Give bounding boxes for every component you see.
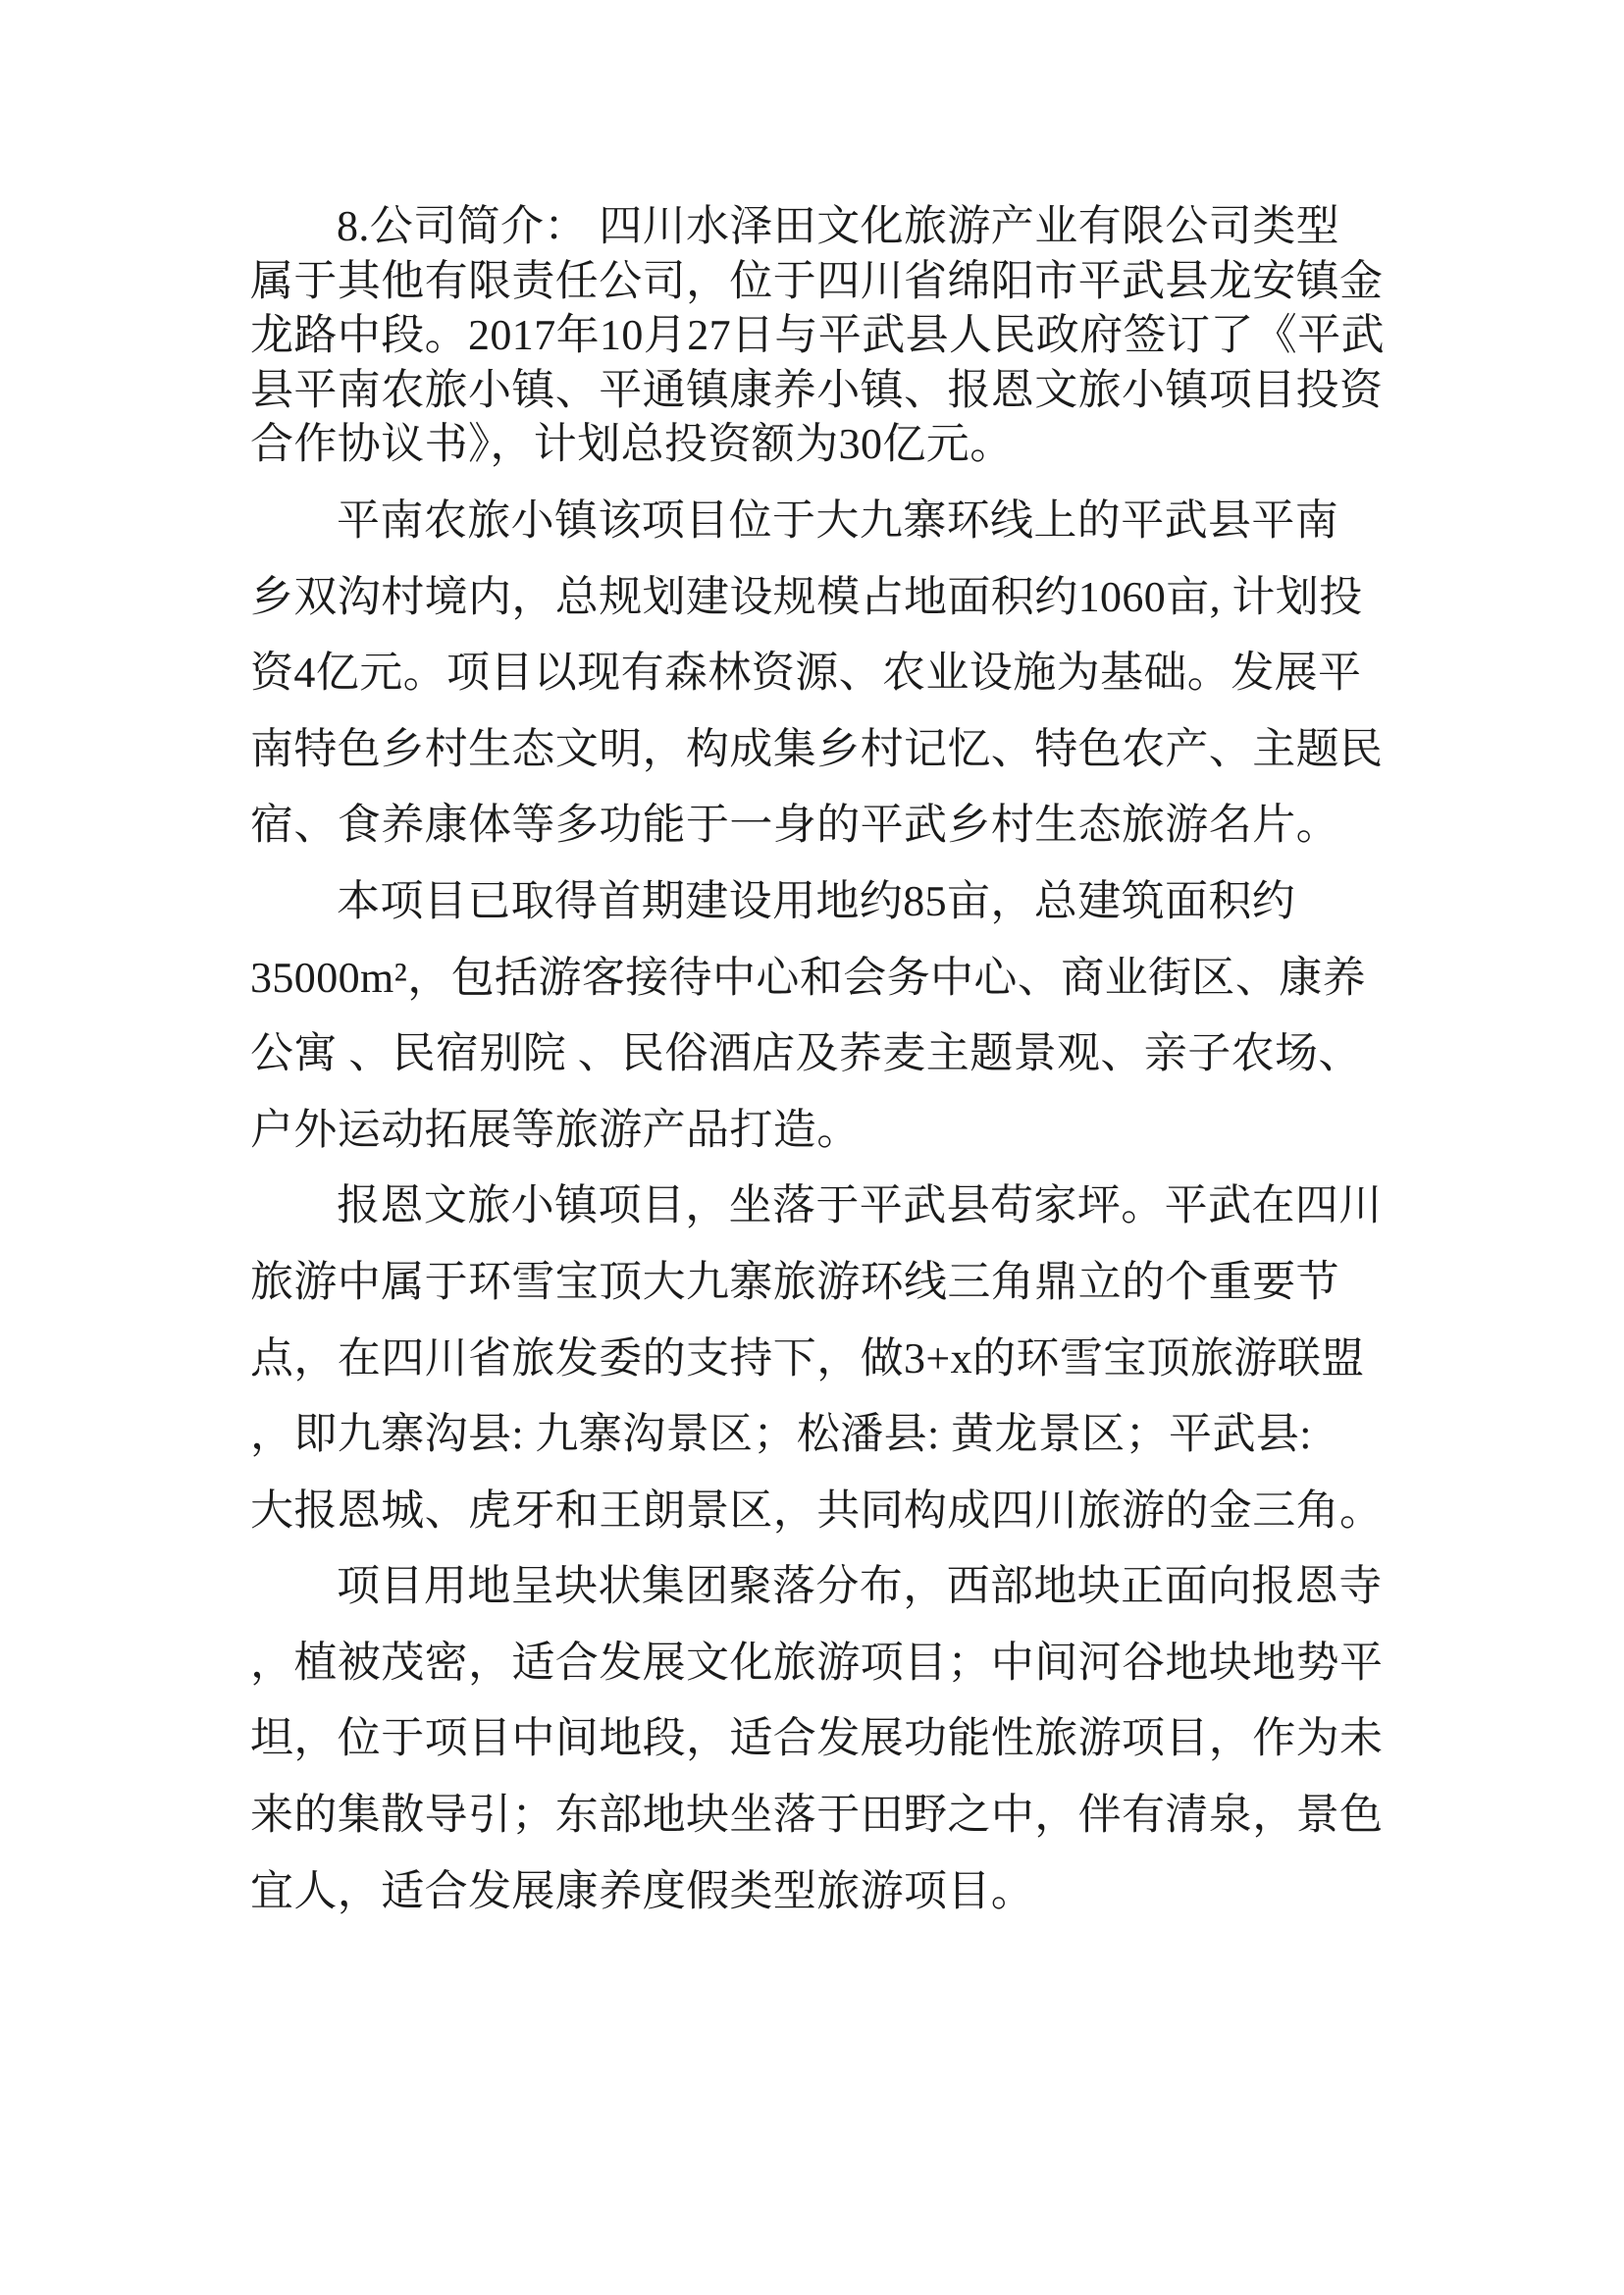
text-line: 大报恩城、虎牙和王朗景区，共同构成四川旅游的金三角。 <box>250 1473 1388 1549</box>
text-line: ，植被茂密，适合发展文化旅游项目；中间河谷地块地势平 <box>250 1625 1388 1701</box>
text-line: 户外运动拓展等旅游产品打造。 <box>250 1092 1388 1169</box>
text-line: 宿、食养康体等多功能于一身的平武乡村生态旅游名片。 <box>250 787 1388 863</box>
text-line: ，即九寨沟县: 九寨沟景区；松潘县: 黄龙景区；平武县: <box>250 1396 1388 1473</box>
text-line: 报恩文旅小镇项目，坐落于平武县苟家坪。平武在四川 <box>250 1168 1388 1244</box>
text-line: 乡双沟村境内，总规划建设规模占地面积约1060亩, 计划投 <box>250 559 1388 636</box>
text-line: 合作协议书》，计划总投资额为30亿元。 <box>250 417 1388 472</box>
text-line: 宜人，适合发展康养度假类型旅游项目。 <box>250 1853 1388 1930</box>
text-line: 本项目已取得首期建设用地约85亩，总建筑面积约 <box>250 863 1388 940</box>
paragraph-project-land-layout: 项目用地呈块状集团聚落分布，西部地块正面向报恩寺，植被茂密，适合发展文化旅游项目… <box>250 1548 1388 1929</box>
text-line: 资4亿元。项目以现有森林资源、农业设施为基础。发展平 <box>250 635 1388 711</box>
paragraph-company-intro: 8.公司简介： 四川水泽田文化旅游产业有限公司类型属于其他有限责任公司，位于四川… <box>250 199 1388 472</box>
paragraph-baoen-cultural-tourism-town: 报恩文旅小镇项目，坐落于平武县苟家坪。平武在四川旅游中属于环雪宝顶大九寨旅游环线… <box>250 1168 1388 1548</box>
text-line: 点，在四川省旅发委的支持下，做3+x的环雪宝顶旅游联盟 <box>250 1321 1388 1397</box>
text-line: 属于其他有限责任公司，位于四川省绵阳市平武县龙安镇金 <box>250 254 1388 309</box>
paragraph-first-phase-construction: 本项目已取得首期建设用地约85亩，总建筑面积约35000m²，包括游客接待中心和… <box>250 863 1388 1168</box>
text-line: 旅游中属于环雪宝顶大九寨旅游环线三角鼎立的个重要节 <box>250 1244 1388 1321</box>
text-line: 坦，位于项目中间地段，适合发展功能性旅游项目，作为未 <box>250 1700 1388 1777</box>
text-line: 项目用地呈块状集团聚落分布，西部地块正面向报恩寺 <box>250 1548 1388 1625</box>
text-line: 8.公司简介： 四川水泽田文化旅游产业有限公司类型 <box>250 199 1388 254</box>
text-line: 县平南农旅小镇、平通镇康养小镇、报恩文旅小镇项目投资 <box>250 363 1388 418</box>
text-line: 公寓 、民宿别院 、民俗酒店及荞麦主题景观、亲子农场、 <box>250 1016 1388 1092</box>
text-line: 龙路中段。2017年10月27日与平武县人民政府签订了《平武 <box>250 308 1388 363</box>
text-block: 8.公司简介： 四川水泽田文化旅游产业有限公司类型属于其他有限责任公司，位于四川… <box>250 199 1388 1929</box>
text-line: 平南农旅小镇该项目位于大九寨环线上的平武县平南 <box>250 483 1388 559</box>
text-line: 35000m²，包括游客接待中心和会务中心、商业街区、康养 <box>250 940 1388 1017</box>
paragraph-pingnan-agritourism-town: 平南农旅小镇该项目位于大九寨环线上的平武县平南乡双沟村境内，总规划建设规模占地面… <box>250 483 1388 863</box>
text-line: 来的集散导引；东部地块坐落于田野之中，伴有清泉，景色 <box>250 1777 1388 1853</box>
text-line: 南特色乡村生态文明，构成集乡村记忆、特色农产、主题民 <box>250 711 1388 788</box>
document-page: 8.公司简介： 四川水泽田文化旅游产业有限公司类型属于其他有限责任公司，位于四川… <box>0 0 1624 2295</box>
